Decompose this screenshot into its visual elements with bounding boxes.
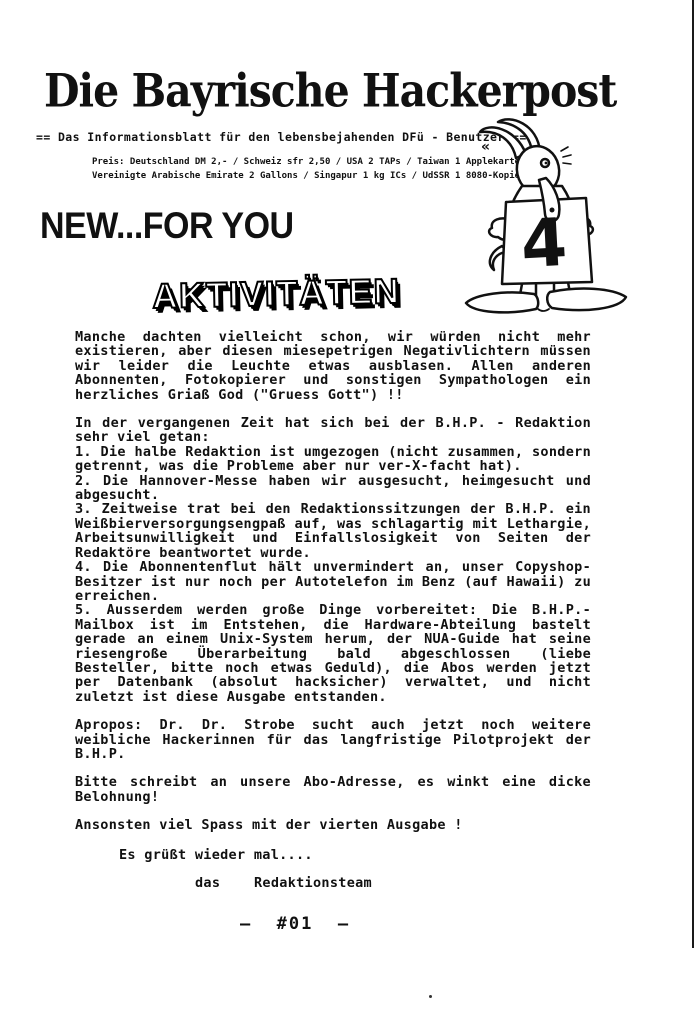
aktivitaeten-banner: AKTIVITÄTEN: [152, 272, 401, 317]
abo-paragraph: Bitte schreibt an unsere Abo-Adresse, es…: [75, 775, 591, 804]
scan-edge-line: [692, 0, 694, 948]
news-lead-paragraph: In der vergangenen Zeit hat sich bei der…: [75, 416, 591, 445]
numbered-item-4: 4. Die Abonnentenflut hält unvermindert …: [75, 560, 591, 603]
numbered-item-2: 2. Die Hannover-Messe haben wir ausgesuc…: [75, 474, 591, 503]
zine-page: Die Bayrische Hackerpost == Das Informat…: [0, 0, 700, 1016]
masthead-title: Die Bayrische Hackerpost: [44, 64, 616, 118]
headline-new-for-you: NEW...FOR YOU: [40, 205, 294, 248]
numbered-item-1: 1. Die halbe Redaktion ist umgezogen (ni…: [75, 445, 591, 474]
closing-paragraph: Ansonsten viel Spass mit der vierten Aus…: [75, 818, 591, 832]
signoff-line: Es grüßt wieder mal....: [75, 848, 591, 862]
team-credit: das Redaktionsteam: [75, 876, 591, 890]
apropos-paragraph: Apropos: Dr. Dr. Strobe sucht auch jetzt…: [75, 718, 591, 761]
speech-mark: «: [481, 139, 490, 155]
page-number: — #01 —: [75, 917, 515, 931]
numbered-item-3: 3. Zeitweise trat bei den Redaktionssitz…: [75, 502, 591, 560]
numbered-item-5: 5. Ausserdem werden große Dinge vorberei…: [75, 603, 591, 704]
issue-number: 4: [502, 203, 586, 285]
body-text: Manche dachten vielleicht schon, wir wür…: [75, 330, 591, 932]
scan-dot-artifact: [429, 995, 432, 998]
intro-paragraph: Manche dachten vielleicht schon, wir wür…: [75, 330, 591, 402]
